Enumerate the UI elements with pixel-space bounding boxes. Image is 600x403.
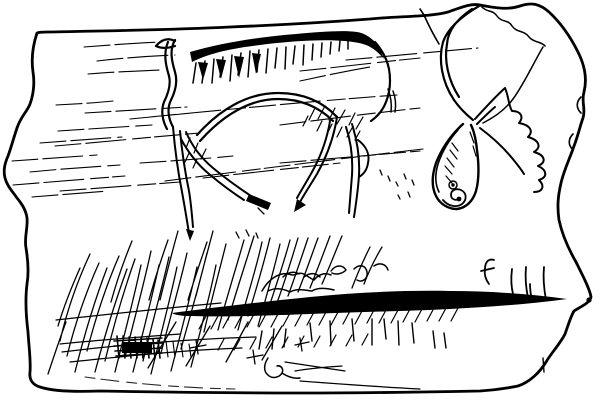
ground-scene: [48, 231, 567, 389]
antler-beam: [441, 6, 479, 120]
f-mark: [481, 260, 494, 284]
belly-arch: [197, 93, 337, 141]
reindeer-left: [156, 31, 414, 241]
reindeer-right: [420, 6, 545, 209]
striation-lines: [12, 42, 478, 197]
hindleg-far: [346, 124, 369, 217]
tail: [388, 89, 396, 112]
muzzle-curl: [443, 189, 466, 206]
palmate-antler: [475, 88, 545, 192]
dark-tapering-band: [172, 291, 567, 317]
grass-strokes-mid: [204, 236, 382, 332]
engraving-figure: [0, 0, 600, 403]
dorsal-hatched-band: [190, 31, 384, 62]
slab-outline: [4, 4, 591, 393]
plaquette-drawing: [0, 0, 600, 403]
curl-mark: [265, 358, 300, 378]
foreleg-bent: [181, 132, 251, 200]
chest-fur: [185, 138, 206, 168]
